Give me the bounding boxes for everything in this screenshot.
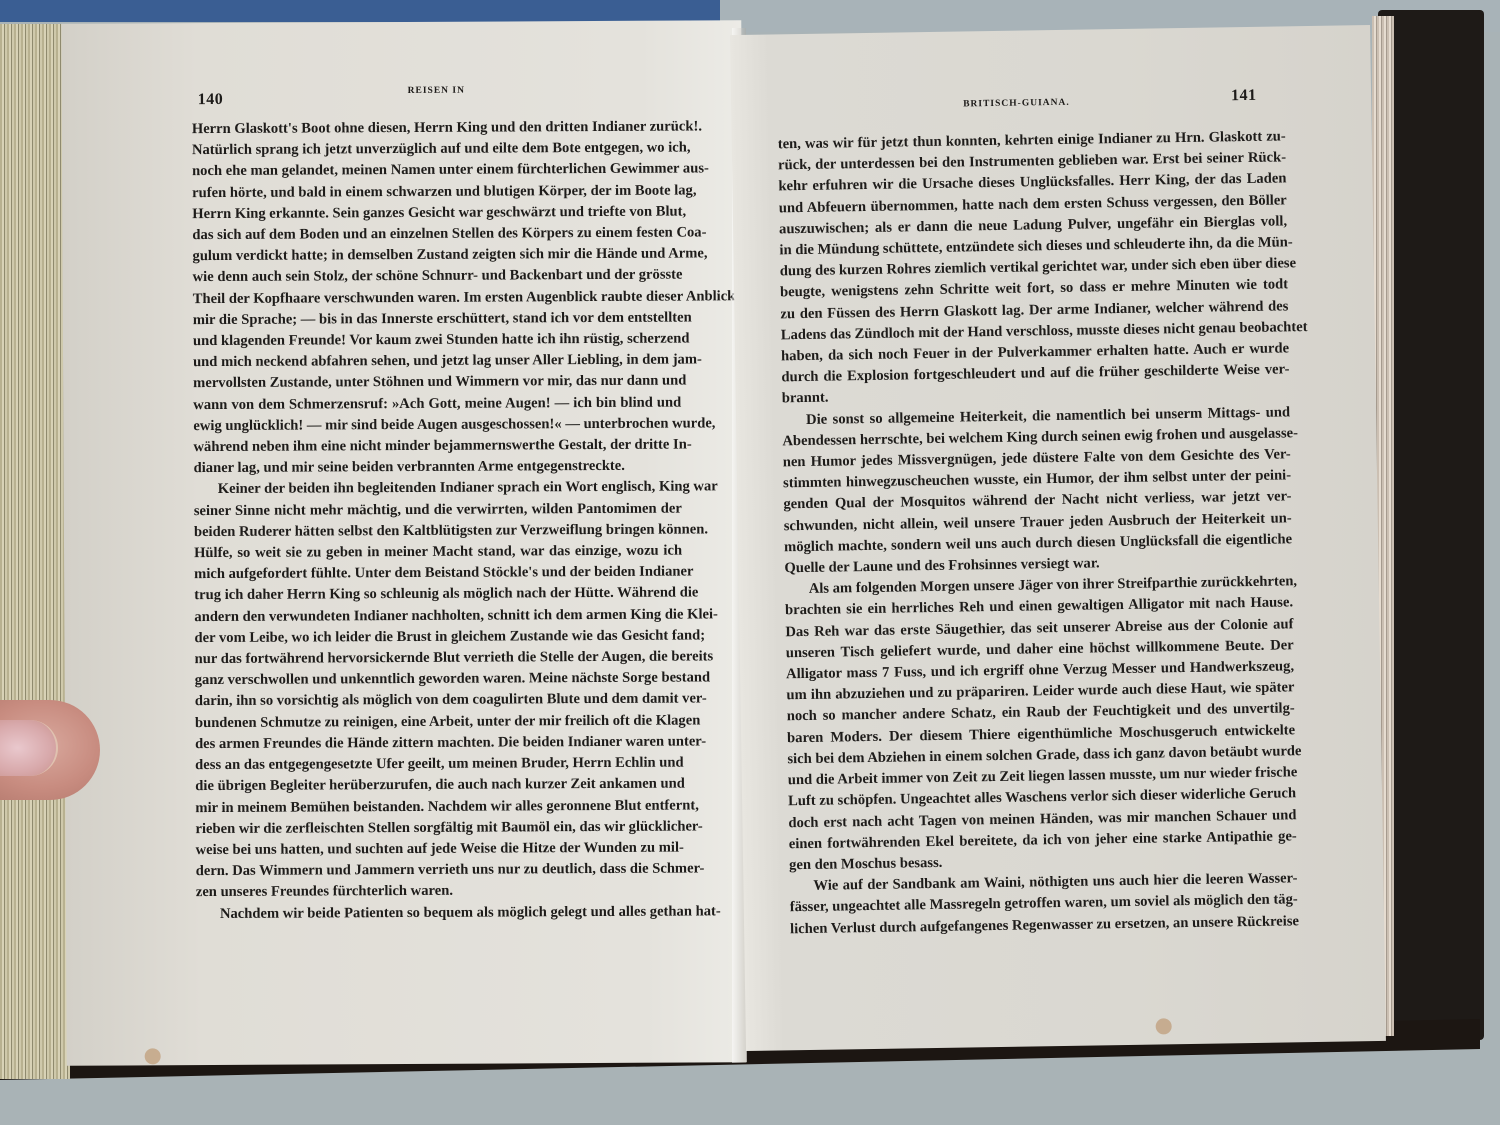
text-line: andern den verwundeten Indianer nachholt…	[194, 604, 682, 628]
text-line: mir die Sprache; — bis in das Innerste e…	[193, 307, 681, 331]
text-line: mir in meinem Bemühen beistanden. Nachde…	[195, 795, 683, 819]
text-line: während neben ihm eine nicht minder beja…	[193, 435, 681, 459]
running-head: REISEN IN	[408, 86, 465, 96]
paper-stain	[1156, 1018, 1172, 1034]
text-line: die übrigen Begleiter herüberzurufen, di…	[195, 774, 683, 798]
text-line: bundenen Schmutze zu reinigen, eine Arbe…	[195, 710, 683, 734]
text-line: wann von dem Schmerzensruf: »Ach Gott, m…	[193, 392, 681, 416]
body-text: Herrn Glaskott's Boot ohne diesen, Herrn…	[192, 117, 684, 925]
text-line: Herrn King erkannte. Sein ganzes Gesicht…	[192, 201, 680, 225]
text-line: Nachdem wir beide Patienten so bequem al…	[196, 901, 684, 925]
text-line: dern. Das Wimmern und Jammern verrieth u…	[196, 859, 684, 883]
body-text: ten, was wir für jetzt thun konnten, keh…	[778, 126, 1299, 940]
text-line: und mich neckend abfahren sehen, und jet…	[193, 350, 681, 374]
text-line: Natürlich sprang ich jetzt unverzüglich …	[192, 138, 680, 162]
paper-stain	[145, 1048, 161, 1064]
text-line: ewig unglücklich! — mir sind beide Augen…	[193, 413, 681, 437]
text-line: des armen Freundes die Hände zittern mac…	[195, 731, 683, 755]
text-line: der vom Leibe, wo ich leider die Brust i…	[194, 625, 682, 649]
text-line: darin, ihn so vorsichtig als möglich von…	[195, 689, 683, 713]
right-page: 141 BRITISCH-GUIANA. ten, was wir für je…	[730, 25, 1386, 1051]
text-line: weise bei uns hatten, und suchten auf je…	[196, 837, 684, 861]
thumbnail	[0, 720, 58, 776]
text-line: trug ich daher Herrn King so schleunig a…	[194, 583, 682, 607]
text-line: noch ehe man gelandet, meinen Namen unte…	[192, 159, 680, 183]
left-page: 140 REISEN IN Herrn Glaskott's Boot ohne…	[61, 20, 746, 1066]
page-number: 141	[1231, 87, 1257, 105]
text-line: ganz verschwollen und unkenntlich geword…	[195, 668, 683, 692]
page-edges-left	[0, 24, 70, 1079]
text-line: gulum verdickt hatte; in demselben Zusta…	[192, 244, 680, 268]
text-line: Hülfe, so weit sie zu geben in meiner Ma…	[194, 541, 682, 565]
text-line: Keiner der beiden ihn begleitenden India…	[194, 477, 682, 501]
text-line: dianer lag, und mir seine beiden verbran…	[194, 456, 682, 480]
text-line: rufen hörte, und bald in einem schwarzen…	[192, 180, 680, 204]
text-line: zen unseres Freundes fürchterlich waren.	[196, 880, 684, 904]
thumb-holding-page	[0, 700, 100, 800]
running-head: BRITISCH-GUIANA.	[963, 98, 1070, 110]
text-line: rieben wir die zerfleischten Stellen sor…	[195, 816, 683, 840]
text-line: beiden Ruderer hätten selbst den Kaltblü…	[194, 519, 682, 543]
text-line: mich aufgefordert fühlte. Unter dem Beis…	[194, 562, 682, 586]
text-line: Herrn Glaskott's Boot ohne diesen, Herrn…	[192, 117, 680, 141]
text-line: Theil der Kopfhaare verschwunden waren. …	[193, 286, 681, 310]
text-line: wie denn auch sein Stolz, der schöne Sch…	[193, 265, 681, 289]
page-number: 140	[198, 91, 224, 109]
text-line: dess an das entgegengesetzte Ufer geeilt…	[195, 753, 683, 777]
blue-book-cover-behind	[0, 0, 720, 22]
text-line: mervollsten Zustande, unter Stöhnen und …	[193, 371, 681, 395]
text-line: und klagenden Freunde! Vor kaum zwei Stu…	[193, 329, 681, 353]
text-line: seiner Sinne nicht mehr mächtig, und die…	[194, 498, 682, 522]
text-line: nur das fortwährend hervorsickernde Blut…	[195, 647, 683, 671]
text-line: das sich auf dem Boden und an einzelnen …	[192, 223, 680, 247]
